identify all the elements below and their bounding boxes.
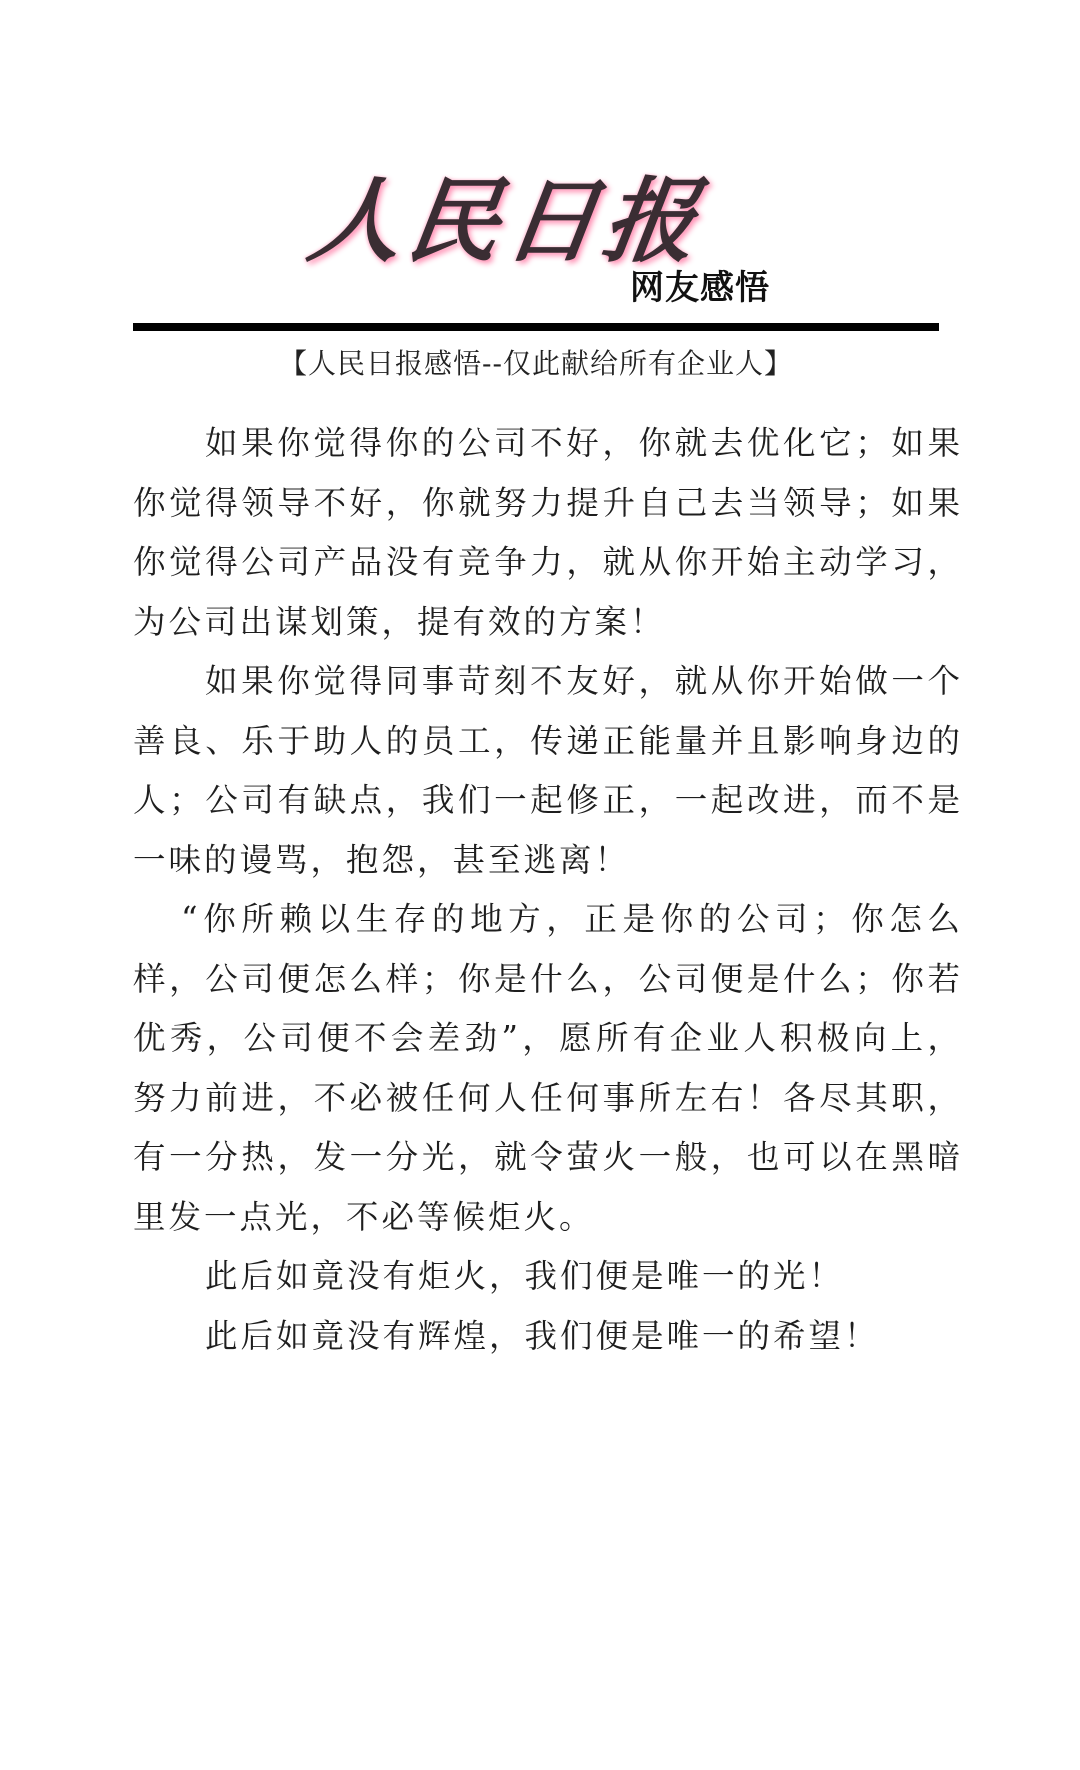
closing-line-1: 此后如竟没有炬火，我们便是唯一的光！ (133, 1247, 963, 1307)
paragraph-1: 如果你觉得你的公司不好，你就去优化它；如果你觉得领导不好，你就努力提升自己去当领… (133, 414, 963, 652)
article-body: 如果你觉得你的公司不好，你就去优化它；如果你觉得领导不好，你就努力提升自己去当领… (133, 414, 963, 1366)
closing-line-2: 此后如竟没有辉煌，我们便是唯一的希望！ (133, 1307, 963, 1367)
paragraph-2: 如果你觉得同事苛刻不友好，就从你开始做一个善良、乐于助人的员工，传递正能量并且影… (133, 652, 963, 890)
article-title: 【人民日报感悟--仅此献给所有企业人】 (133, 342, 939, 382)
masthead: 人民日报 网友感悟 (300, 165, 800, 295)
people-daily-logo: 人民日报 (304, 175, 709, 267)
netizen-reflection-tag: 网友感悟 (630, 260, 770, 309)
paragraph-3-quote: “你所赖以生存的地方，正是你的公司；你怎么样，公司便怎么样；你是什么，公司便是什… (133, 890, 963, 1247)
header-divider (133, 323, 939, 331)
